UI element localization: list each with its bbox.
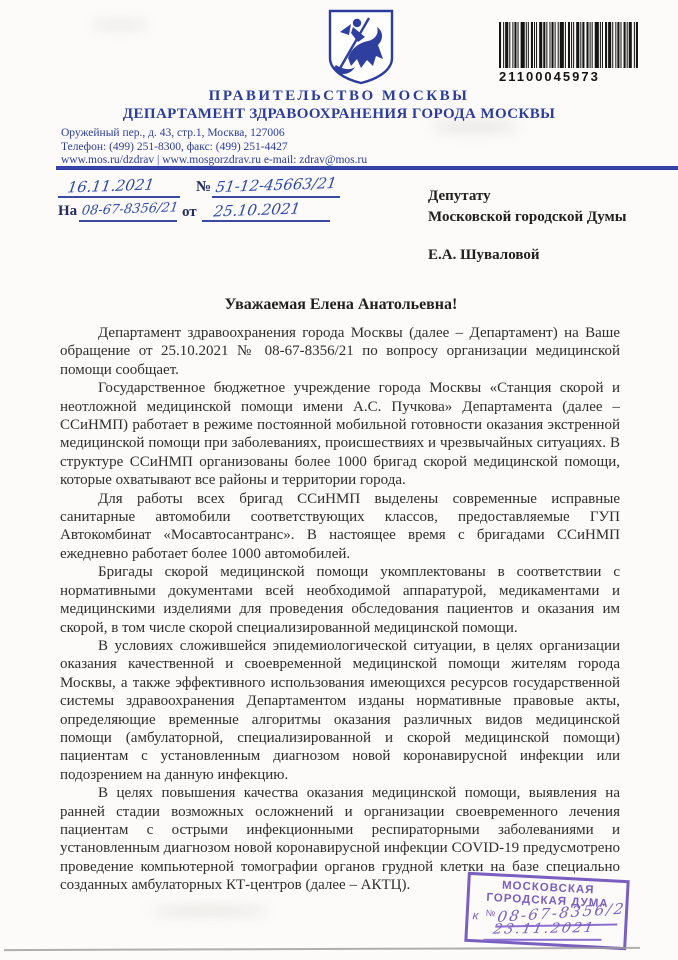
stamp-underline <box>483 939 601 941</box>
salutation: Уважаемая Елена Анатольевна! <box>60 296 622 314</box>
body-paragraph: Бригады скорой медицинской помощи укомпл… <box>60 563 620 637</box>
form-underline <box>58 196 180 198</box>
stamp-date-handwritten: 23.11.2021 <box>492 920 597 937</box>
na-label: На <box>58 203 77 220</box>
incoming-date-handwritten: 25.10.2021 <box>212 200 301 221</box>
body-paragraph: Государственное бюджетное учреждение гор… <box>60 379 620 489</box>
form-underline <box>79 220 177 222</box>
contact-block: Оружейный пер., д. 43, стр.1, Москва, 12… <box>61 127 367 168</box>
org-address: Оружейный пер., д. 43, стр.1, Москва, 12… <box>61 127 367 141</box>
form-underline <box>202 220 330 222</box>
stamp-number-label: № <box>486 908 496 918</box>
addressee-line1: Депутату <box>428 186 626 207</box>
body-paragraph: Для работы всех бригад ССиНМП выделены с… <box>60 490 620 564</box>
addressee-block: Депутату Московской городской Думы <box>428 186 626 228</box>
letter-body: Департамент здравоохранения города Москв… <box>60 324 620 895</box>
body-paragraph: Департамент здравоохранения города Москв… <box>60 324 620 379</box>
addressee-name: Е.А. Шуваловой <box>428 247 539 264</box>
body-paragraph: В условиях сложившейся эпидемиологическо… <box>60 637 620 784</box>
ot-label: от <box>182 204 197 221</box>
barcode-icon <box>499 22 639 68</box>
moscow-coat-of-arms-icon <box>324 8 398 86</box>
scanned-letter-page: 21100045973 ПРАВИТЕЛЬСТВО МОСКВЫ ДЕПАРТА… <box>0 0 678 960</box>
form-underline <box>212 196 340 198</box>
barcode-number: 21100045973 <box>499 69 641 84</box>
stamp-k-label: к <box>472 908 478 922</box>
scan-artifact <box>4 947 640 951</box>
org-title: ДЕПАРТАМЕНТ ЗДРАВООХРАНЕНИЯ ГОРОДА МОСКВ… <box>0 106 678 123</box>
duma-registration-stamp: МОСКОВСКАЯ ГОРОДСКАЯ ДУМА к № 08-67-8356… <box>464 872 629 950</box>
incoming-number-handwritten: 08-67-8356/21 <box>81 200 180 218</box>
barcode-block: 21100045973 <box>499 22 641 84</box>
addressee-line2: Московской городской Думы <box>428 207 626 228</box>
scan-artifact <box>150 905 270 917</box>
letterhead-divider <box>56 166 678 170</box>
org-phone: Телефон: (499) 251-8300, факс: (499) 251… <box>61 141 367 155</box>
number-label: № <box>196 179 211 196</box>
outgoing-date-handwritten: 16.11.2021 <box>66 176 155 197</box>
outgoing-number-handwritten: 51-12-45663/21 <box>214 174 337 196</box>
org-parent-title: ПРАВИТЕЛЬСТВО МОСКВЫ <box>0 88 678 105</box>
scan-artifact <box>90 20 150 30</box>
